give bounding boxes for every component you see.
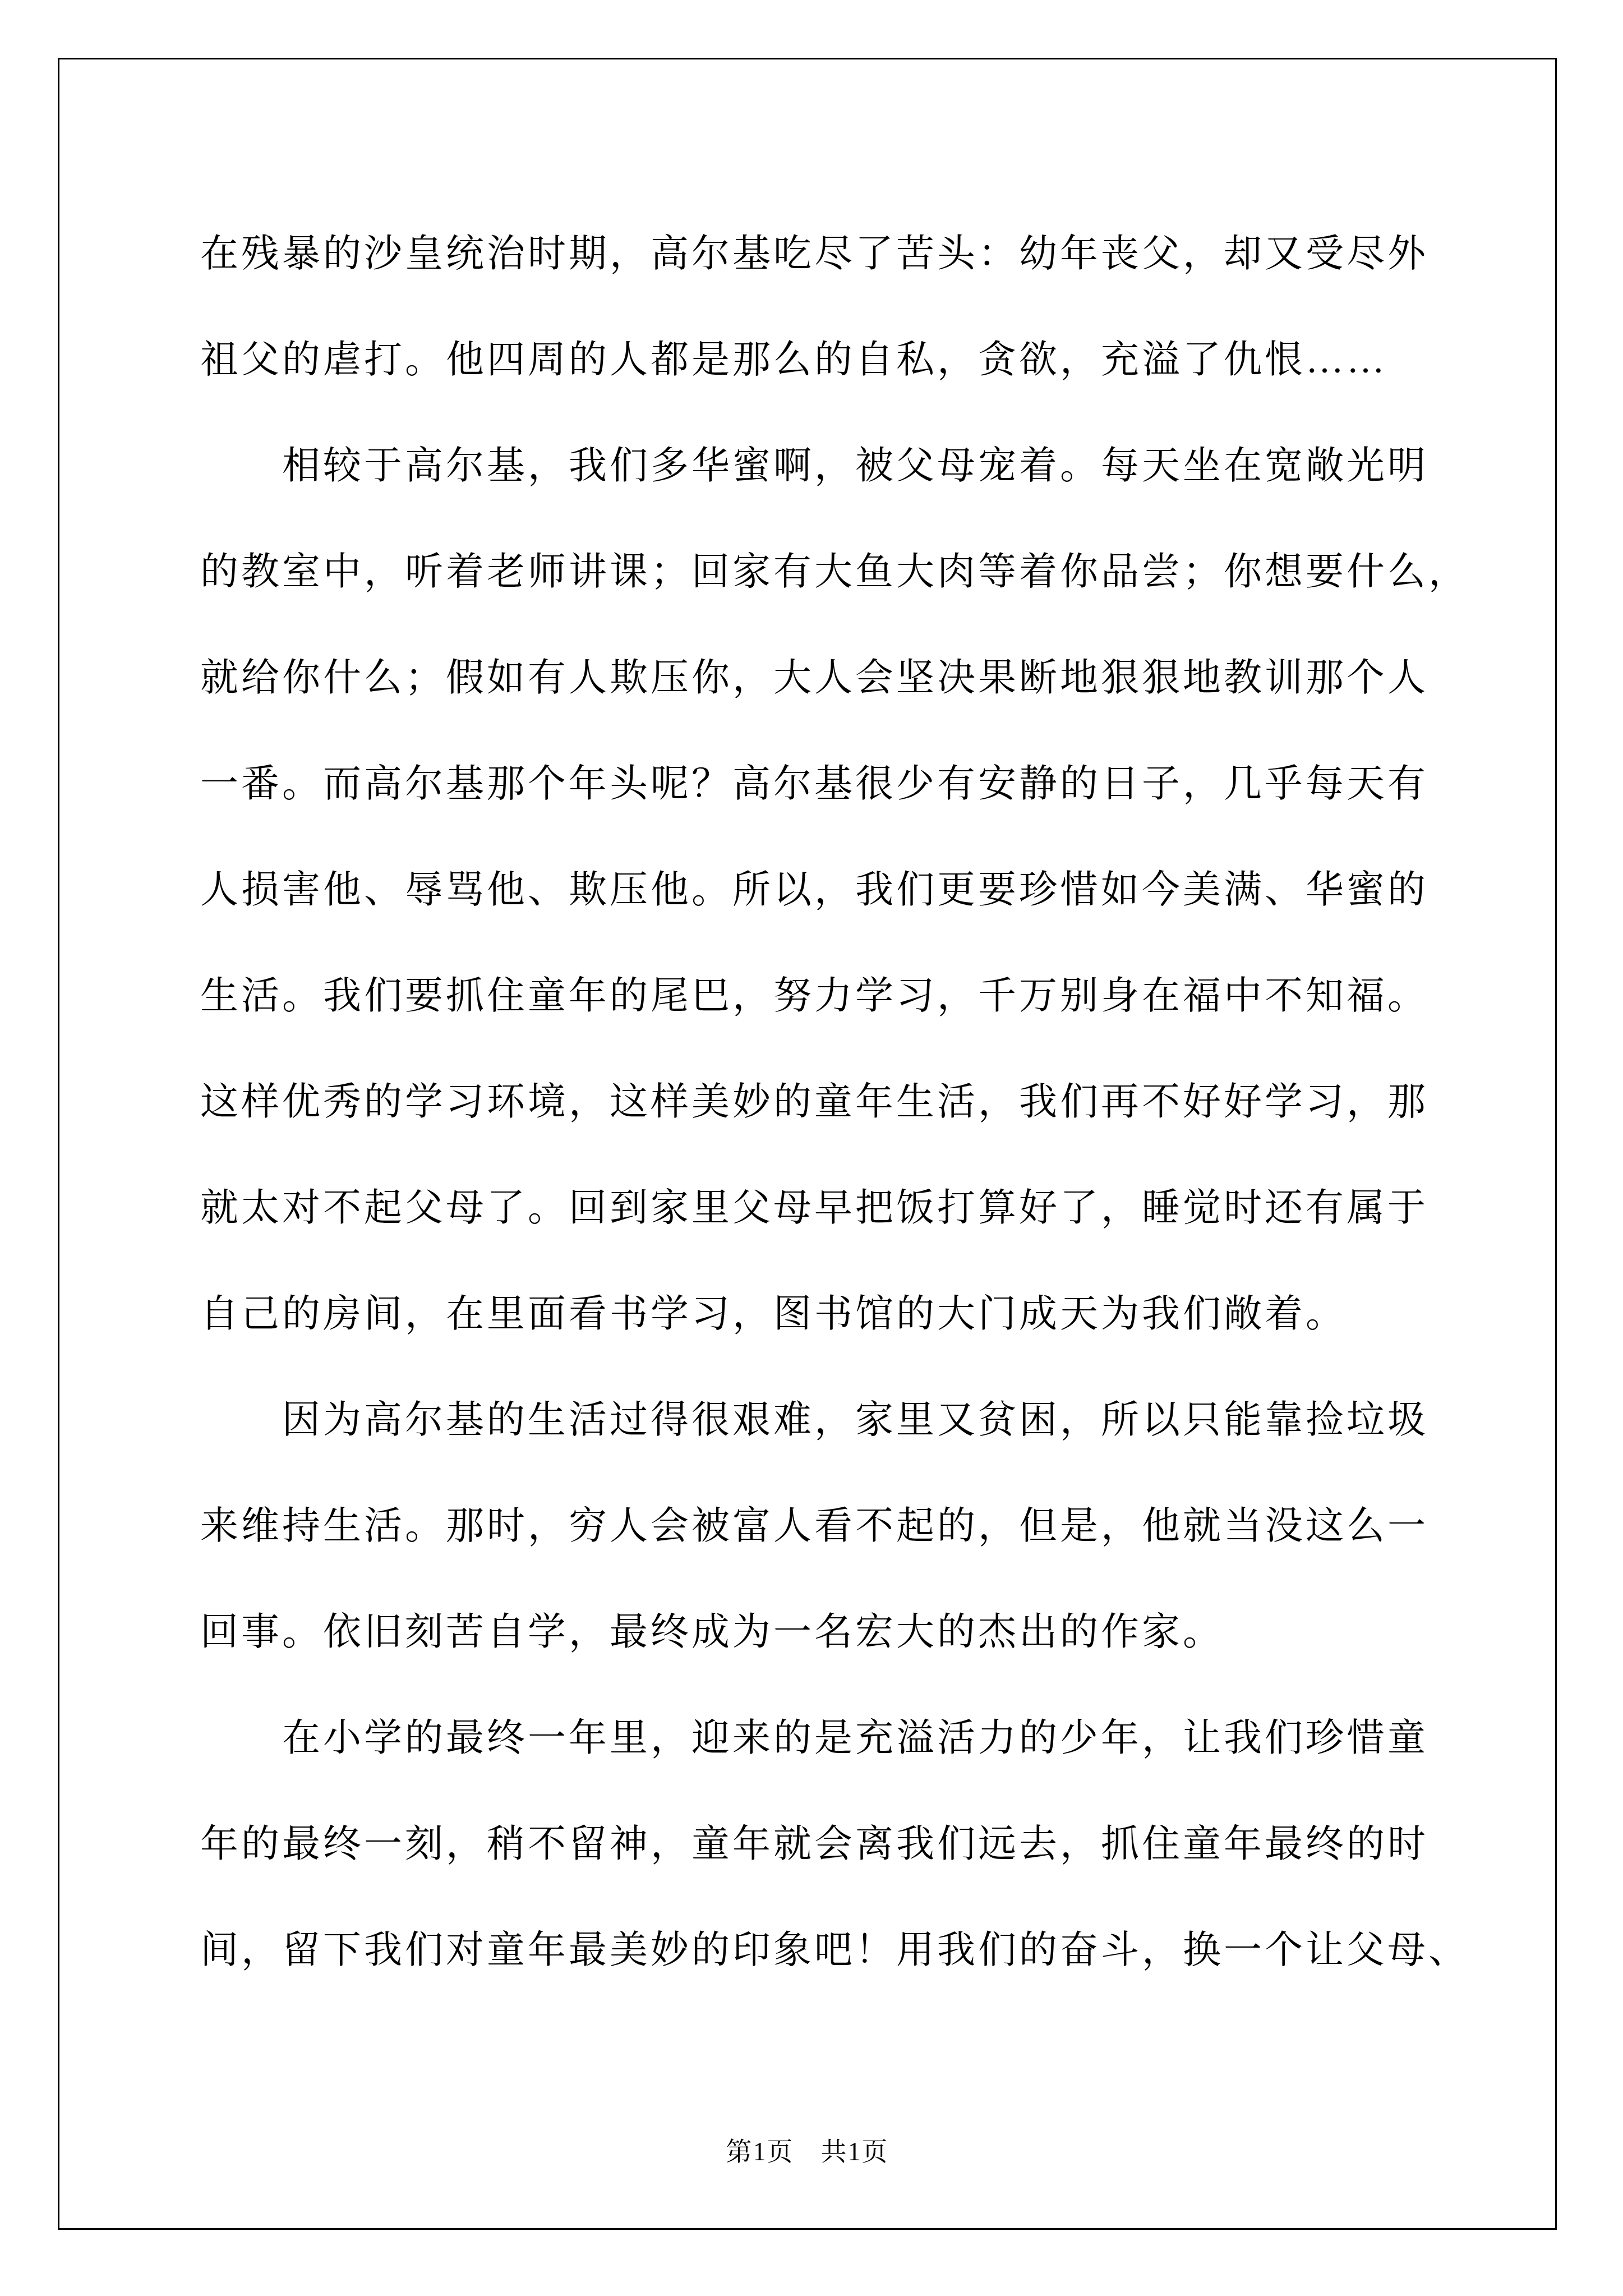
text-line: 就太对不起父母了。回到家里父母早把饭打算好了，睡觉时还有属于 bbox=[200, 1155, 1507, 1261]
text-line: 这样优秀的学习环境，这样美妙的童年生活，我们再不好好学习，那 bbox=[200, 1049, 1507, 1155]
page-border: 在残暴的沙皇统治时期，高尔基吃尽了苦头：幼年丧父，却又受尽外 祖父的虐打。他四周… bbox=[58, 58, 1557, 2230]
text-line: 在残暴的沙皇统治时期，高尔基吃尽了苦头：幼年丧父，却又受尽外 bbox=[200, 201, 1507, 307]
text-line: 人损害他、辱骂他、欺压他。所以，我们更要珍惜如今美满、华蜜的 bbox=[200, 837, 1507, 943]
text-line: 在小学的最终一年里，迎来的是充溢活力的少年，让我们珍惜童 bbox=[200, 1685, 1507, 1791]
text-line: 相较于高尔基，我们多华蜜啊，被父母宠着。每天坐在宽敞光明 bbox=[200, 413, 1507, 519]
text-line: 回事。依旧刻苦自学，最终成为一名宏大的杰出的作家。 bbox=[200, 1579, 1507, 1685]
text-line: 间，留下我们对童年最美妙的印象吧！用我们的奋斗，换一个让父母、 bbox=[200, 1897, 1507, 2003]
essay-body: 在残暴的沙皇统治时期，高尔基吃尽了苦头：幼年丧父，却又受尽外 祖父的虐打。他四周… bbox=[200, 201, 1507, 2003]
text-line: 的教室中，听着老师讲课；回家有大鱼大肉等着你品尝；你想要什么， bbox=[200, 519, 1507, 625]
text-line: 生活。我们要抓住童年的尾巴，努力学习，千万别身在福中不知福。 bbox=[200, 943, 1507, 1049]
text-line: 因为高尔基的生活过得很艰难，家里又贫困，所以只能靠捡垃圾 bbox=[200, 1367, 1507, 1473]
text-line: 年的最终一刻，稍不留神，童年就会离我们远去，抓住童年最终的时 bbox=[200, 1791, 1507, 1897]
text-line: 来维持生活。那时，穷人会被富人看不起的，但是，他就当没这么一 bbox=[200, 1473, 1507, 1579]
text-line: 自己的房间，在里面看书学习，图书馆的大门成天为我们敞着。 bbox=[200, 1261, 1507, 1367]
text-line: 一番。而高尔基那个年头呢？高尔基很少有安静的日子，几乎每天有 bbox=[200, 731, 1507, 837]
page-footer: 第1页 共1页 bbox=[59, 2135, 1555, 2169]
text-line: 祖父的虐打。他四周的人都是那么的自私，贪欲，充溢了仇恨…… bbox=[200, 307, 1507, 413]
text-line: 就给你什么；假如有人欺压你，大人会坚决果断地狠狠地教训那个人 bbox=[200, 625, 1507, 731]
